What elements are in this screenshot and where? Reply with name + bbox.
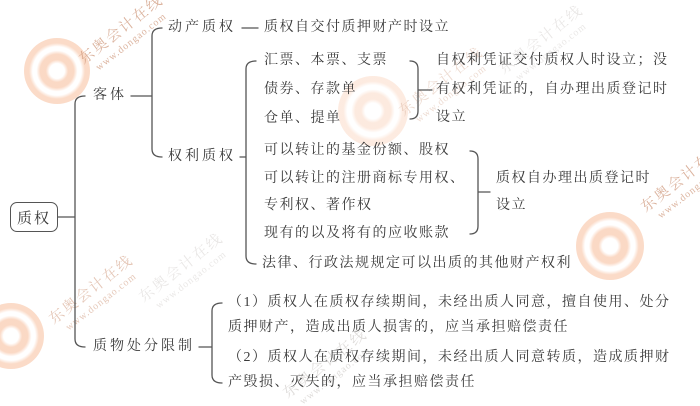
disposal-clause2-line1: （2）质权人在质权存续期间，未经出质人同意转质，造成质押财	[228, 349, 671, 367]
note-certificate-line1: 自权利凭证交付质权人时设立；没	[436, 52, 669, 70]
rights-item-other-property: 法律、行政法规规定可以出质的其他财产权利	[262, 255, 572, 273]
root-bracket	[58, 96, 85, 347]
rights-item-warehouse-receipts: 仓单、提单	[264, 110, 342, 128]
disposal-limit-bracket	[199, 303, 222, 383]
mind-map-canvas: 东奥会计在线 www.dongao.com 东奥会计在线 www.dongao.…	[0, 0, 700, 406]
registration-group-closing-bracket	[470, 151, 490, 234]
node-disposal-limit: 质物处分限制	[93, 338, 195, 356]
rights-pledge-bracket	[240, 61, 256, 264]
note-movable-pledge: 质权自交付质押财产时设立	[264, 19, 450, 37]
note-certificate-line2: 有权利凭证的，自办理出质登记时	[436, 81, 669, 99]
node-pledge-root: 质权	[10, 202, 58, 232]
rights-item-receivables: 现有的以及将有的应收账款	[264, 225, 450, 243]
node-rights-pledge: 权利质权	[168, 148, 236, 166]
node-movable-pledge: 动产质权	[168, 19, 236, 37]
rights-item-bonds: 债券、存款单	[264, 81, 357, 99]
note-registration-line2: 设立	[496, 197, 527, 215]
object-bracket	[131, 28, 162, 157]
note-certificate-line3: 设立	[436, 109, 467, 127]
disposal-clause1-line2: 质押财产，造成出质人损害的，应当承担赔偿责任	[228, 319, 569, 337]
certificate-group-closing-bracket	[410, 61, 432, 119]
disposal-clause1-line1: （1）质权人在质权存续期间，未经出质人同意，擅自使用、处分	[228, 294, 671, 312]
rights-item-trademark-line1: 可以转让的注册商标专用权、	[264, 170, 466, 188]
node-object: 客体	[93, 87, 127, 105]
rights-item-bills: 汇票、本票、支票	[264, 52, 388, 70]
note-registration-line1: 质权自办理出质登记时	[496, 170, 651, 188]
disposal-clause2-line2: 产毁损、灭失的，应当承担赔偿责任	[228, 374, 476, 392]
rights-item-trademark-line2: 专利权、著作权	[264, 197, 373, 215]
rights-item-fund-shares: 可以转让的基金份额、股权	[264, 142, 450, 160]
pledge-root-label: 质权	[17, 207, 51, 228]
